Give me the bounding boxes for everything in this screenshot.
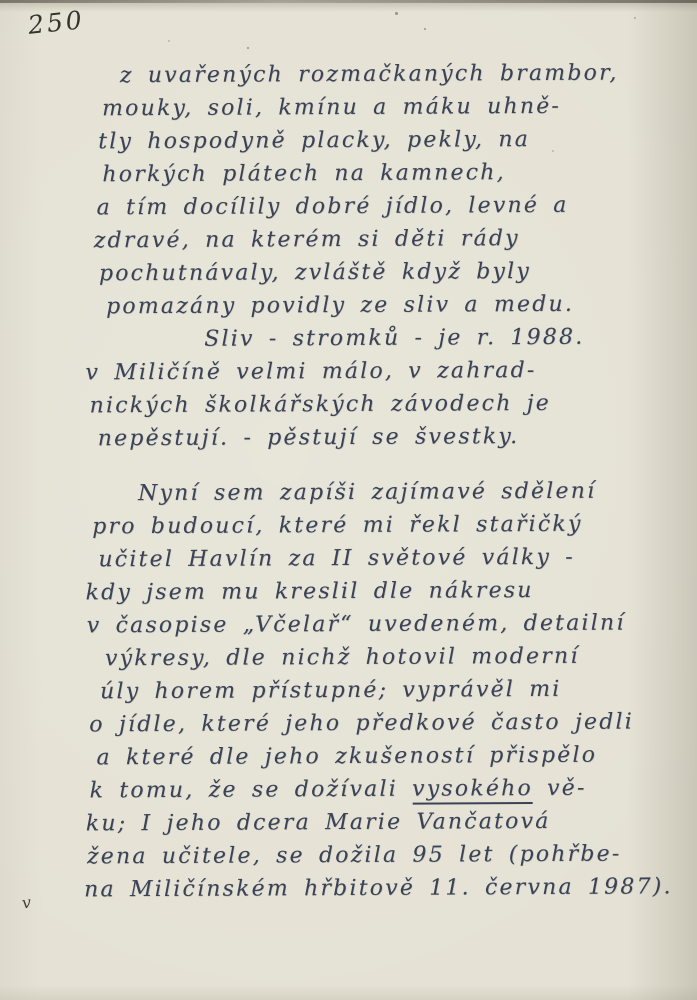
manuscript-line: na Miličínském hřbitově 11. června 1987)… bbox=[2, 870, 697, 907]
manuscript-line: v Miličíně velmi málo, v zahrad- bbox=[0, 353, 697, 390]
manuscript-line: z uvařených rozmačkaných brambor, bbox=[0, 56, 695, 93]
manuscript-line: kdy jsem mu kreslil dle nákresu bbox=[0, 573, 697, 610]
manuscript-line: horkých plátech na kamnech, bbox=[0, 155, 695, 192]
manuscript-line: nických školkářských závodech je bbox=[0, 386, 697, 423]
paper-speck bbox=[424, 28, 426, 30]
paper-speck bbox=[395, 12, 398, 15]
manuscript-line: a tím docílily dobré jídlo, levné a bbox=[0, 188, 696, 225]
manuscript-line: ku; I jeho dcera Marie Vančatová bbox=[2, 804, 697, 841]
manuscript-line: nepěstují. - pěstují se švestky. bbox=[0, 419, 697, 456]
manuscript-line: v časopise „Včelař“ uvedeném, detailní bbox=[1, 606, 697, 643]
line-segment-post: vě- bbox=[533, 776, 587, 801]
scan-top-edge bbox=[0, 0, 697, 3]
page-number: 250 bbox=[27, 5, 86, 40]
underlined-word: vysokého bbox=[412, 776, 533, 805]
manuscript-line: mouky, soli, kmínu a máku uhně- bbox=[0, 89, 695, 126]
line-segment-pre: k tomu, že se dožívali bbox=[90, 777, 413, 804]
manuscript-line: pomazány povidly ze sliv a medu. bbox=[0, 287, 696, 324]
manuscript-text-block: z uvařených rozmačkaných brambor, mouky,… bbox=[0, 56, 697, 907]
manuscript-line: pochutnávaly, zvláště když byly bbox=[0, 254, 696, 291]
manuscript-line: výkresy, dle nichž hotovil moderní bbox=[1, 639, 697, 676]
manuscript-line: pro budoucí, které mi řekl stařičký bbox=[0, 507, 697, 544]
manuscript-line: o jídle, které jeho předkové často jedli bbox=[1, 705, 697, 742]
manuscript-line: a které dle jeho zkušeností přispělo bbox=[1, 738, 697, 775]
manuscript-line: zdravé, na kterém si děti rády bbox=[0, 221, 696, 258]
paper-speck bbox=[634, 17, 636, 19]
manuscript-line: učitel Havlín za II světové války - bbox=[0, 540, 697, 577]
manuscript-line: Sliv - stromků - je r. 1988. bbox=[0, 320, 696, 357]
paper-speck bbox=[168, 40, 170, 42]
manuscript-line: úly horem přístupné; vyprávěl mi bbox=[1, 672, 697, 709]
manuscript-line: žena učitele, se dožila 95 let (pohřbe- bbox=[2, 837, 697, 874]
paper-speck bbox=[247, 47, 249, 49]
manuscript-page: 250 z uvařených rozmačkaných brambor, mo… bbox=[0, 0, 697, 1000]
manuscript-line: Nyní sem zapíši zajímavé sdělení bbox=[0, 474, 697, 511]
manuscript-line: tly hospodyně placky, pekly, na bbox=[0, 122, 695, 159]
manuscript-line-with-underline: k tomu, že se dožívali vysokého vě- bbox=[2, 771, 697, 808]
